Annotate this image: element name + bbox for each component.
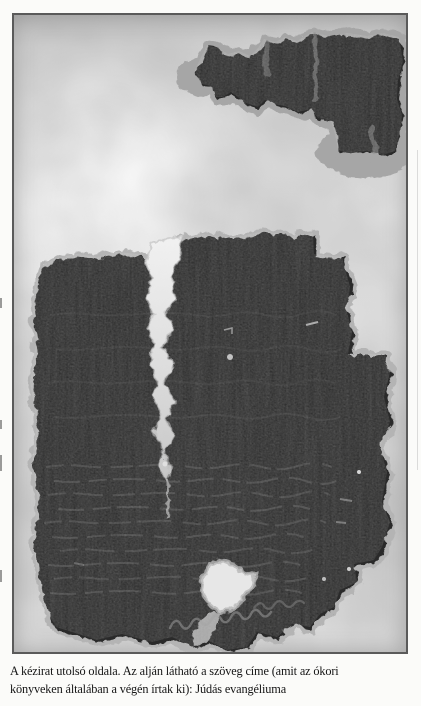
caption-line-2: könyveken általában a végén írtak ki): J… — [10, 680, 414, 698]
scan-artifact — [0, 570, 2, 582]
scan-artifact — [0, 455, 2, 471]
book-page: A kézirat utolsó oldala. Az alján láthat… — [0, 0, 421, 706]
papyrus-manuscript-image — [14, 15, 406, 652]
scan-artifact — [417, 150, 418, 470]
figure-caption: A kézirat utolsó oldala. Az alján láthat… — [10, 662, 414, 698]
scan-artifact — [0, 298, 2, 308]
caption-line-1: A kézirat utolsó oldala. Az alján láthat… — [10, 662, 414, 680]
scan-artifact — [0, 420, 2, 429]
manuscript-photo-frame — [12, 13, 408, 654]
